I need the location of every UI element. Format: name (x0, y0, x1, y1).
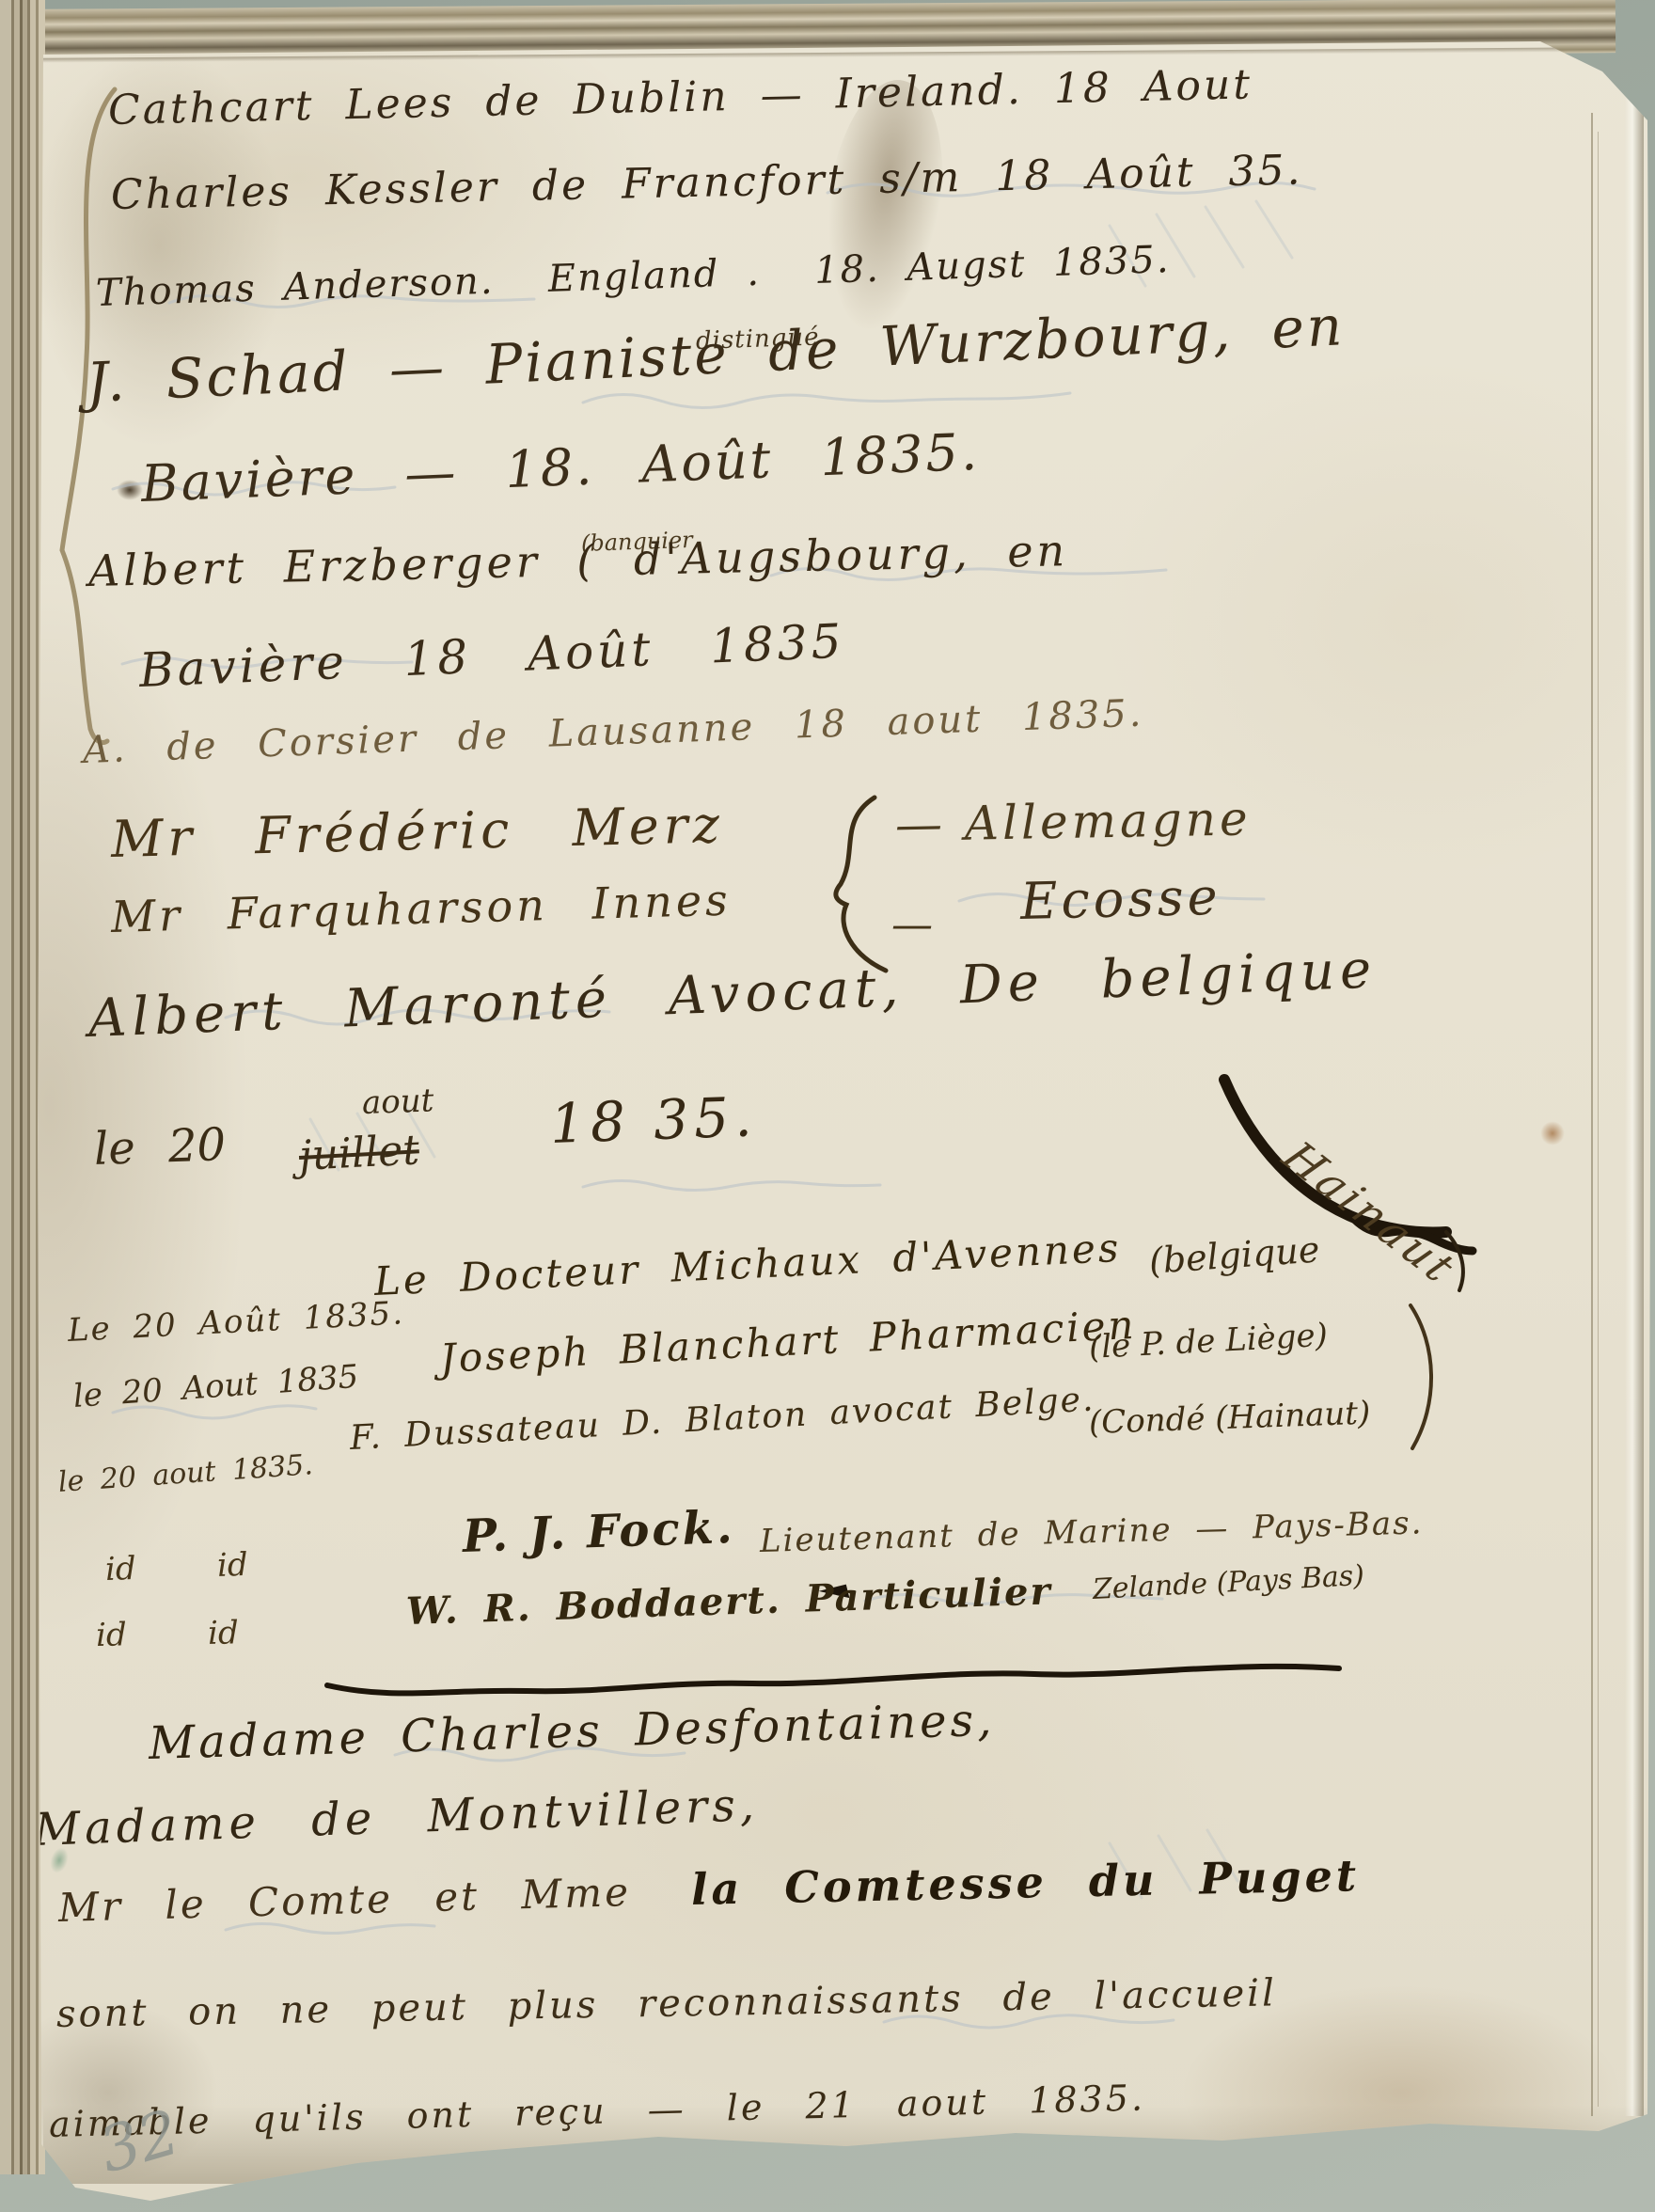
liege-bracket (1411, 1305, 1431, 1448)
entry-innes: Mr Farquharson Innes (110, 878, 732, 939)
entry-maronte: Albert Maronté Avocat, De belgique (87, 943, 1378, 1046)
entry-merz: Mr Frédéric Merz (110, 799, 724, 865)
entry-date-juillet-struck: juillet (298, 1130, 420, 1177)
entry-dussateau: F. Dussateau D. Blaton avocat Belge. (349, 1383, 1095, 1456)
entry-blanchart: Joseph Blanchart Pharmacien (439, 1305, 1137, 1379)
entry-schad-baviere: Bavière — 18. Août 1835. (140, 427, 981, 510)
entry-erzberger: Albert Erzberger ( d'Augsbourg, en (88, 529, 1069, 592)
ink-spot (117, 480, 143, 500)
merz-innes-brace (836, 798, 886, 971)
entry-fock-title: Lieutenant de Marine — Pays-Bas. (760, 1507, 1424, 1557)
entry-michaux-date: Le 20 Août 1835. (67, 1297, 405, 1347)
entry-merz-region: — Allemagne (895, 795, 1252, 848)
boddaert-underline (327, 1667, 1339, 1694)
entry-blanchart-date: le 20 Aout 1835 (72, 1361, 359, 1413)
entry-michaux-region: (belgique (1148, 1231, 1321, 1279)
entry-corsier: A. de Corsier de Lausanne 18 aout 1835. (82, 695, 1144, 769)
entry-michaux: Le Docteur Michaux d'Avennes (373, 1228, 1122, 1302)
entry-innes-region: Ecosse (1019, 872, 1222, 927)
entry-boddaert: W. R. Boddaert. Particulier (405, 1572, 1052, 1631)
entry-date-1835: 18 35. (549, 1089, 758, 1151)
entry-boddaert-region: Zelande (Pays Bas) (1092, 1562, 1364, 1604)
page-crease (1598, 132, 1599, 2107)
entry-kessler: Charles Kessler de Francfort s/m 18 Août… (111, 150, 1303, 216)
entry-dussateau-region: (Condé (Hainaut) (1088, 1398, 1370, 1439)
entry-thanks-line1: sont on ne peut plus reconnaissants de l… (56, 1974, 1277, 2033)
manuscript-page: Cathcart Lees de Dublin — Ireland. 18 Ao… (0, 0, 1655, 2212)
entry-boddaert-id: id id (96, 1617, 239, 1651)
entry-cathcart: Cathcart Lees de Dublin — Ireland. 18 Ao… (108, 64, 1253, 132)
entry-puget-start: Mr le Comte et Mme (57, 1872, 631, 1928)
scanned-manuscript: Cathcart Lees de Dublin — Ireland. 18 Ao… (0, 0, 1655, 2212)
entry-desfontaines: Madame Charles Desfontaines, (148, 1698, 996, 1766)
entry-fock: P. J. Fock. (462, 1505, 735, 1559)
page-crease (1591, 113, 1593, 2116)
page-fore-edge (1625, 85, 1644, 2116)
entry-puget-bold: la Comtesse du Puget (691, 1854, 1361, 1911)
entry-innes-dash: — (891, 905, 933, 946)
rust-spot (1540, 1121, 1565, 1145)
entry-erzberger-baviere: Bavière 18 Août 1835 (138, 618, 845, 694)
entry-dussateau-date: le 20 aout 1835. (57, 1451, 314, 1497)
entry-montvillers: Madame de Montvillers, (33, 1782, 760, 1853)
entry-date-le20: le 20 (93, 1122, 227, 1172)
entry-fock-id: id id (104, 1549, 248, 1586)
entry-date-aout-above: aout (361, 1084, 433, 1119)
